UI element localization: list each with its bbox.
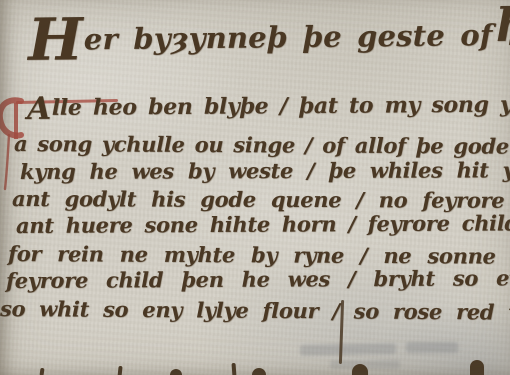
heading-text: er byȝynneþ þe geste of kyng	[84, 17, 510, 56]
manuscript-line: a song ychulle ou singe / of allof þe go…	[14, 131, 510, 159]
line-text: kyng he wes by weste / þe whiles hit yle…	[20, 157, 510, 184]
partial-line-stroke	[470, 360, 484, 375]
partial-line-stroke	[352, 364, 368, 375]
manuscript-line: ant huere sone hihte horn / feyrore chil…	[16, 210, 510, 238]
line-text: so whit so eny lylye flour / so rose red…	[0, 296, 510, 325]
manuscript-line: so whit so eny lylye flour / so rose red…	[0, 296, 510, 325]
heading-initial: H	[28, 5, 83, 74]
line-text: lle heo ben blyþe / þat to my song ylyþe	[52, 91, 510, 121]
manuscript-line: kyng he wes by weste / þe whiles hit yle…	[20, 157, 510, 184]
line-text: ant godylt his gode quene / no feyrore m…	[12, 186, 510, 213]
partial-line-stroke	[39, 368, 44, 375]
heading-line: Her byȝynneþ þe geste of kyng h	[28, 0, 510, 75]
manuscript-line: feyrore child þen he wes / bryht so ever	[6, 265, 510, 293]
partial-line-stroke	[232, 363, 237, 375]
partial-line-stroke	[170, 369, 182, 375]
show-through-stain	[300, 343, 396, 356]
partial-line-stroke	[252, 368, 266, 375]
line-initial: A	[27, 91, 51, 127]
line-text: ant huere sone hihte horn / feyrore chil…	[16, 210, 510, 238]
manuscript-line: ant godylt his gode quene / no feyrore m…	[12, 186, 510, 213]
heading-cut-letter: h	[496, 0, 510, 52]
line-text: feyrore child þen he wes / bryht so ever	[6, 265, 510, 293]
show-through-stain	[406, 342, 458, 353]
line-text: a song ychulle ou singe / of allof þe go…	[14, 131, 510, 159]
partial-line-stroke	[117, 366, 122, 375]
parchment-page: Her byȝynneþ þe geste of kyng h Alle heo…	[0, 0, 510, 375]
manuscript-line: Alle heo ben blyþe / þat to my song ylyþ…	[27, 91, 510, 121]
